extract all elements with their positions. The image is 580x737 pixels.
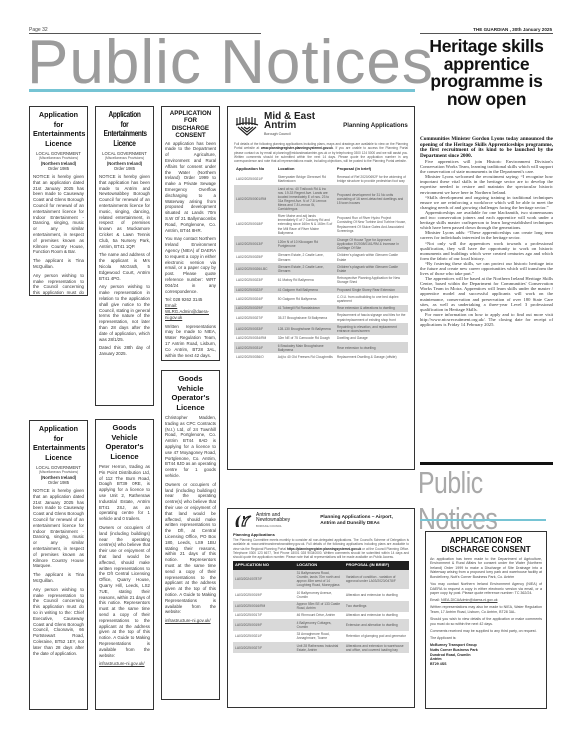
column-header: PROPOSAL (IN BRIEF) <box>344 561 409 569</box>
notice-entertainments-licence-1: Application for Entertainments Licence L… <box>29 106 88 296</box>
table-row: LA02/2025/0033/F128-130 Broughshane St B… <box>234 323 408 334</box>
table-header-row: APPLICATION NO LOCATION PROPOSAL (IN BRI… <box>233 561 409 569</box>
notice-applicant: The applicant is Tina McQuillan. <box>33 572 84 584</box>
mid-east-antrim-applications-table: Application No Location Proposal (in bri… <box>234 165 408 360</box>
article-paragraph: Five apprentices will join Historic Envi… <box>420 159 553 174</box>
column-header: Proposal (in brief) <box>335 165 408 173</box>
column-header: Location <box>276 165 335 173</box>
antrim-newtownabbey-applications-table: APPLICATION NO LOCATION PROPOSAL (IN BRI… <box>233 561 409 653</box>
table-row: LA02/2025/0018/FRiver Maine and adj land… <box>234 213 408 237</box>
notice-body: An application has been made to the Depa… <box>430 557 542 580</box>
article-paragraph: For more information on how to apply and… <box>420 312 553 327</box>
notice-representation: Any person wishing to make representatio… <box>99 284 150 342</box>
article-paragraph: Apprenticeships are available for one bl… <box>420 210 553 230</box>
notice-email: Email: NIEA-DICAAdmin@daera-ni.gov.uk <box>430 598 542 603</box>
notice-goods-vehicle-2: Goods Vehicle Operator's Licence Christo… <box>161 370 220 700</box>
notice-owners: Owners or occupiers of land (including b… <box>99 525 150 658</box>
notice-body: NOTICE is hereby given that an applicati… <box>33 488 84 569</box>
notice-discharge-consent-1: APPLICATION FOR DISCHARGE CONSENT An app… <box>161 106 220 361</box>
antrim-newtownabbey-logo-icon <box>233 513 253 529</box>
notice-title: APPLICATION FOR DISCHARGE CONSENT <box>430 536 542 554</box>
planning-intro: The Planning Committee meets monthly to … <box>233 538 409 559</box>
notice-owners: Owners or occupiers of land (including b… <box>165 482 216 615</box>
email-link[interactable]: NIEA-DICAAdmin@daera-ni.gov.uk <box>441 598 498 602</box>
column-header: Application No <box>234 165 276 173</box>
notice-contact: You may contact Northern Ireland Environ… <box>430 582 542 596</box>
notice-body: NOTICE is hereby given that application … <box>99 174 150 249</box>
notice-title: Application for Entertainments Licence <box>33 424 84 462</box>
notice-body: NOTICE is hereby given that an applicati… <box>33 174 84 255</box>
article-lead: Communities Minister Gordon Lyons today … <box>420 137 553 159</box>
table-row: LA03/2025/0021/F33 Annaghmore Road, Anna… <box>233 631 409 642</box>
table-row: LA03/2025/0027/FUnit 28 Rathenraw Indust… <box>233 642 409 653</box>
table-row: LA02/2025/0023/F61 Maboy Rd BallymenaRet… <box>234 275 408 286</box>
column-header: LOCATION <box>295 561 344 569</box>
article-headline: Heritage skills apprentice programme is … <box>420 38 553 108</box>
council-name: Antrim and Newtownabbey BOROUGH COUNCIL <box>256 513 290 529</box>
council-header: Mid & East Antrim Borough Council Planni… <box>234 112 408 139</box>
article-body: Communities Minister Gordon Lyons today … <box>420 137 553 327</box>
header-divider-right <box>420 33 553 34</box>
council-name: Mid & East Antrim Borough Council <box>264 112 315 139</box>
table-row: LA03/2025/0019/F4 Ballymoney Cottages, C… <box>233 619 409 630</box>
notice-order: Order 1985 <box>33 480 84 485</box>
website-link[interactable]: infrastructure-ni.gov.uk/ <box>99 661 150 667</box>
table-row: LA03/2025/0019/F10 Ballymorney Avenue, C… <box>233 589 409 600</box>
table-row: LA02/2025/0025/FGlenarm Estate, 2 Castle… <box>234 252 408 263</box>
notice-title: Goods Vehicle Operator's Licence <box>99 423 150 461</box>
antrim-newtownabbey-planning-box: Antrim and Newtownabbey BOROUGH COUNCIL … <box>227 508 415 708</box>
notice-order: Order 1985 <box>33 166 84 171</box>
article-paragraph: “By fostering these skills, we can prote… <box>420 261 553 276</box>
planning-subheading: Planning Applications <box>233 532 409 537</box>
article-paragraph: Minister Lyons adds: “These apprenticesh… <box>420 230 553 240</box>
notice-title: APPLICATION FOR DISCHARGE CONSENT <box>165 110 216 140</box>
notice-body: An application has been made to the Depa… <box>165 141 216 234</box>
mid-east-antrim-logo-icon <box>234 115 260 137</box>
table-row: LA02/2025/0013/F120m N of 10 Kilcoogan R… <box>234 236 408 251</box>
table-row: LA02/2025/0024/F50 Galgorm Rd BallymenaC… <box>234 293 408 304</box>
notice-comments: Comments received may be supplied to any… <box>430 629 542 634</box>
table-header-row: Application No Location Proposal (in bri… <box>234 165 408 173</box>
notice-applicant-label: The Applicant is: <box>430 636 542 641</box>
table-row: LA02/2025/0021/FSkerrywater Bridge Glenr… <box>234 174 408 185</box>
notice-body: Peter Herron, trading as Pin Point Distr… <box>99 464 150 522</box>
masthead-date: THE GUARDIAN , 30th January 2025 <box>420 27 552 32</box>
notice-order: Order 1985 <box>99 166 150 171</box>
notice-written: Written representations may also be made… <box>430 605 542 614</box>
table-row: LA02/2025/0022/F41 Galgorm Hall Ballymen… <box>234 286 408 293</box>
notice-entertainments-licence-2: Application for Entertainments Licence L… <box>95 106 154 406</box>
table-row: LA02/2025/0031/F6 Brackaley Main Broughs… <box>234 342 408 353</box>
article-paragraph: Minister Lyons welcomed the recruitment … <box>420 174 553 194</box>
notice-body: Christopher Madden, trading as CPC Contr… <box>165 415 216 479</box>
notice-representation: Any person wishing to make representatio… <box>33 587 84 657</box>
table-row: LA02/2025/0029/F41 Tobergill Rd Randalst… <box>234 305 408 312</box>
notice-applicant: The name and address of the applicant is… <box>99 252 150 281</box>
notice-title: Application for Entertainments Licence <box>104 110 146 148</box>
mid-east-antrim-planning-box: Mid & East Antrim Borough Council Planni… <box>227 106 415 470</box>
table-row: LA03/2024/0787/F31 Ballymacvea Road, Cru… <box>233 570 409 590</box>
section-title-underline <box>29 89 415 92</box>
article-paragraph: “Skills development and ongoing training… <box>420 195 553 210</box>
article-paragraph: The apprentices will be based at the Nor… <box>420 276 553 312</box>
notice-contact: You may contact Northern Ireland Environ… <box>165 236 216 294</box>
notice-title: Goods Vehicle Operator's Licence <box>165 374 216 412</box>
applicant-address: McBurney Transport Group Nutts Corner Bu… <box>430 643 542 666</box>
secondary-title-underline <box>420 519 546 521</box>
email-link[interactable]: Email: WLRG.Admin@daera-ni.gov.uk <box>165 303 216 320</box>
notice-discharge-consent-2: APPLICATION FOR DISCHARGE CONSENT An app… <box>425 531 547 709</box>
planning-title: Planning Applications <box>343 122 408 129</box>
notice-title: Application for Entertainments Licence <box>33 110 84 148</box>
notice-entertainments-licence-3: Application for Entertainments Licence L… <box>29 420 88 710</box>
table-row: LA02/2025/0036/OAdj to 40 Old Freeses Rd… <box>234 353 408 360</box>
table-row: LA03/2025/0017/F46 Rinmount Drive, Antri… <box>233 612 409 619</box>
section-title: Public Notices <box>27 34 434 92</box>
website-link[interactable]: infrastructure-ni.gov.uk/ <box>165 618 216 624</box>
secondary-section-title: Public Notices <box>418 465 548 537</box>
table-row: LA02/2025/0027/F35-37 Broughshane St Bal… <box>234 312 408 323</box>
notice-goods-vehicle-1: Goods Vehicle Operator's Licence Peter H… <box>95 419 154 710</box>
council-header: Antrim and Newtownabbey BOROUGH COUNCIL … <box>233 513 409 529</box>
column-header: APPLICATION NO <box>233 561 295 569</box>
article-paragraph: “Not only will the apprentices work towa… <box>420 241 553 261</box>
planning-title: Planning Applications – Airport, Antrim … <box>320 515 400 526</box>
notice-view: Should you wish to view details of the a… <box>430 617 542 626</box>
notice-representation: Any person wishing to make representatio… <box>33 273 84 296</box>
notice-dated: Dated this 28th day of January 2025. <box>99 345 150 357</box>
table-row: LA02/2025/0001/RMLand at no. 40 Trailcoc… <box>234 185 408 213</box>
notice-written: Written representations may be made to N… <box>165 324 216 359</box>
table-row: LA03/2025/0016/RMApprox 55m SE of 133 Ca… <box>233 601 409 612</box>
table-row: LA02/2025/0034/RM32m NE of 75 Carncoole … <box>234 335 408 342</box>
notice-applicant: The applicant is Tina McQuillan. <box>33 258 84 270</box>
table-row: LA02/2025/0026/LBCGlenarm Estate, 2 Cast… <box>234 263 408 274</box>
planning-intro: Full details of the following planning a… <box>234 142 408 163</box>
